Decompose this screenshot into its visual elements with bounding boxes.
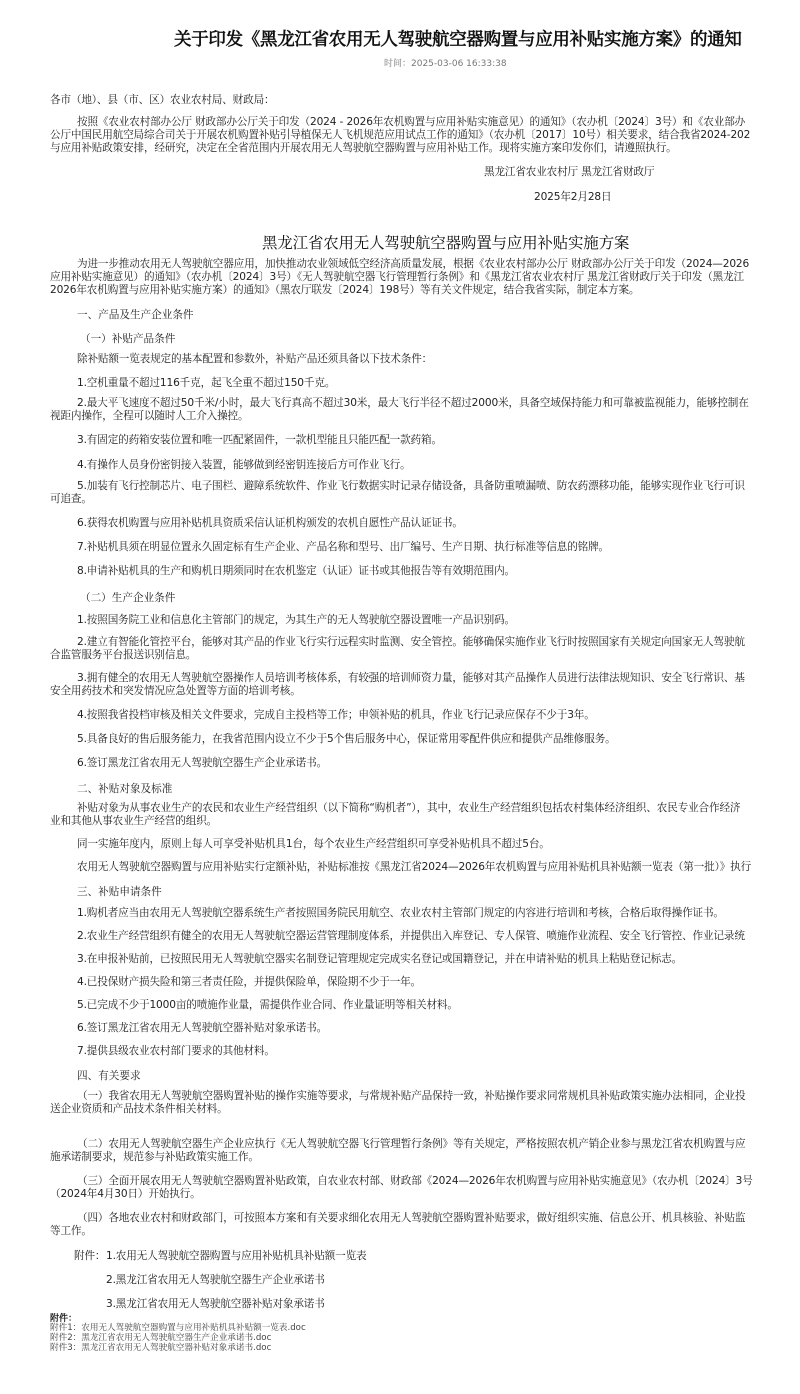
requirement-1-cont: 送企业资质和产品技术条件相关材料。: [50, 1103, 228, 1116]
section-heading-3: 三、补贴申请条件: [77, 884, 162, 899]
requirement-1: （一）我省农用无人驾驶航空器购置补贴的操作实施等要求，与常规补贴产品保持一致，补…: [77, 1090, 745, 1103]
appendix-item-3: 3.黑龙江省农用无人驾驶航空器补贴对象承诺书: [106, 1298, 325, 1311]
subsection-heading-1-1: （一）补贴产品条件: [80, 331, 175, 346]
product-condition-8: 8.申请补贴机具的生产和购机日期须同时在农机鉴定（认证）证书或其他报告等有效期范…: [77, 565, 515, 578]
subsidy-target-para-1: 补贴对象为从事农业生产的农民和农业生产经营组织（以下简称“购机者”），其中，农业…: [77, 802, 740, 815]
enterprise-condition-6: 6.签订黑龙江省农用无人驾驶航空器生产企业承诺书。: [77, 757, 327, 770]
requirement-2-cont: 施承诺制要求，规范参与补贴政策实施工作。: [50, 1151, 259, 1164]
plan-intro-line-3: 2026年农机购置与应用补贴实施方案）的通知》（黑农厅联发〔2024〕198号）…: [50, 284, 639, 297]
requirement-3: （三）全面开展农用无人驾驶航空器购置补贴政策，自农业农村部、财政部《2024—2…: [77, 1175, 753, 1188]
notice-body-line-3: 与应用补贴政策安排，经研究，决定在全省范围内开展农用无人驾驶航空器购置与应用补贴…: [50, 142, 677, 155]
product-condition-4: 4.有操作人员身份密钥接入装置，能够做到经密钥连接后方可作业飞行。: [77, 459, 411, 472]
section-heading-2: 二、补贴对象及标准: [77, 781, 172, 796]
enterprise-condition-3-cont: 安全用药技术和突发情况应急处置等方面的培训考核。: [50, 685, 301, 698]
appendix-item-1: 1.农用无人驾驶航空器购置与应用补贴机具补贴额一览表: [106, 1250, 366, 1263]
section-heading-4: 四、有关要求: [77, 1068, 141, 1083]
product-condition-3: 3.有固定的药箱安装位置和唯一匹配紧固件，一款机型能且只能匹配一款药箱。: [77, 434, 442, 447]
enterprise-condition-3: 3.拥有健全的农用无人驾驶航空器操作人员培训考核体系，有较强的培训师资力量，能够…: [77, 672, 745, 685]
attachment-link-3[interactable]: 附件3：黑龙江省农用无人驾驶航空器补贴对象承诺书.doc: [50, 1341, 271, 1353]
signatory: 黑龙江省农业农村厅 黑龙江省财政厅: [484, 166, 654, 179]
enterprise-condition-1: 1.按照国务院工业和信息化主管部门的规定，为其生产的无人驾驶航空器设置唯一产品识…: [77, 614, 515, 627]
appendix-item-2: 2.黑龙江省农用无人驾驶航空器生产企业承诺书: [106, 1274, 325, 1287]
product-condition-7: 7.补贴机具须在明显位置永久固定标有生产企业、产品名称和型号、出厂编号、生产日期…: [77, 541, 609, 554]
apply-condition-6: 6.签订黑龙江省农用无人驾驶航空器补贴对象承诺书。: [77, 1022, 327, 1035]
product-condition-5-cont: 可追查。: [50, 493, 92, 506]
enterprise-condition-2-cont: 合监管服务平台报送识别信息。: [50, 649, 196, 662]
publish-time: 时间：2025-03-06 16:33:38: [384, 56, 507, 69]
product-condition-1: 1.空机重量不超过116千克，起飞全重不超过150千克。: [77, 377, 335, 390]
subsidy-target-para-2: 同一实施年度内，原则上每人可享受补贴机具1台，每个农业生产经营组织可享受补贴机具…: [77, 838, 550, 851]
document-page: 关于印发《黑龙江省农用无人驾驶航空器购置与应用补贴实施方案》的通知 时间：202…: [0, 0, 766, 1394]
apply-condition-2: 2.农业生产经营组织有健全的农用无人驾驶航空器运营管理制度体系，并提供出入库登记…: [77, 930, 745, 943]
plan-intro-line-1: 为进一步推动农用无人驾驶航空器应用，加快推动农业领域低空经济高质量发展，根据《农…: [77, 258, 749, 271]
subsection-heading-1-2: （二）生产企业条件: [80, 590, 175, 605]
appendix-label: 附件：: [74, 1250, 105, 1263]
product-condition-6: 6.获得农机购置与应用补贴机具资质采信认证机构颁发的农机自愿性产品认证证书。: [77, 517, 463, 530]
product-condition-5: 5.加装有飞行控制芯片、电子围栏、避障系统软件、作业飞行数据实时记录存储设备，具…: [77, 480, 745, 493]
product-condition-2-cont: 视距内操作，全程可以随时人工介入操控。: [50, 410, 248, 423]
apply-condition-4: 4.已投保财产损失险和第三者责任险，并提供保险单，保险期不少于一年。: [77, 976, 421, 989]
notice-date: 2025年2月28日: [534, 191, 611, 204]
enterprise-condition-2: 2.建立有智能化管控平台，能够对其产品的作业飞行实行远程实时监测、安全管控。能够…: [77, 636, 745, 649]
apply-condition-5: 5.已完成不少于1000亩的喷施作业量，需提供作业合同、作业量证明等相关材料。: [77, 999, 458, 1012]
requirement-2: （二）农用无人驾驶航空器生产企业应执行《无人驾驶航空器飞行管理暂行条例》等有关规…: [77, 1138, 745, 1151]
salutation: 各市（地）、县（市、区）农业农村局、财政局：: [50, 94, 274, 107]
section-heading-1: 一、产品及生产企业条件: [77, 307, 194, 322]
enterprise-condition-5: 5.具备良好的售后服务能力，在我省范围内设立不少于5个售后服务中心，保证常用零配…: [77, 733, 616, 746]
requirement-4: （四）各地农业农村和财政部门，可按照本方案和有关要求细化农用无人驾驶航空器购置补…: [77, 1212, 745, 1225]
apply-condition-3: 3.在申报补贴前，已按照民用无人驾驶航空器实名制登记管理规定完成实名登记或国籍登…: [77, 953, 682, 966]
requirement-3-cont: （2024年4月30日）开始执行。: [50, 1188, 201, 1201]
subsidy-target-para-1-cont: 业和其他从事农业生产经营的组织。: [50, 815, 217, 828]
enterprise-condition-4: 4.按照我省投档审核及相关文件要求，完成自主投档等工作；申领补贴的机具，作业飞行…: [77, 709, 595, 722]
apply-condition-1: 1.购机者应当由农用无人驾驶航空器系统生产者按照国务院民用航空、农业农村主管部门…: [77, 907, 724, 920]
subsidy-target-para-3: 农用无人驾驶航空器购置与应用补贴实行定额补贴，补贴标准按《黑龙江省2024—20…: [77, 861, 751, 874]
product-condition-2: 2.最大平飞速度不超过50千米/小时，最大飞行真高不超过30米，最大飞行半径不超…: [77, 397, 749, 410]
plan-intro-line-2: 应用补贴实施意见）的通知》（农办机〔2024〕3号）《无人驾驶航空器飞行管理暂行…: [50, 271, 744, 284]
notice-body-line-1: 按照《农业农村部办公厅 财政部办公厅关于印发（2024 - 2026年农机购置与…: [77, 116, 745, 129]
apply-condition-7: 7.提供县级农业农村部门要求的其他材料。: [77, 1045, 275, 1058]
page-title: 关于印发《黑龙江省农用无人驾驶航空器购置与应用补贴实施方案》的通知: [174, 26, 742, 51]
subsection-lead: 除补贴额一览表规定的基本配置和参数外，补贴产品还须具备以下技术条件：: [77, 353, 432, 366]
plan-title: 黑龙江省农用无人驾驶航空器购置与应用补贴实施方案: [262, 231, 629, 253]
notice-body-line-2: 公厅中国民用航空局综合司关于开展农机购置补贴引导植保无人飞机规范应用试点工作的通…: [50, 129, 750, 142]
requirement-4-cont: 等工作。: [50, 1225, 92, 1238]
